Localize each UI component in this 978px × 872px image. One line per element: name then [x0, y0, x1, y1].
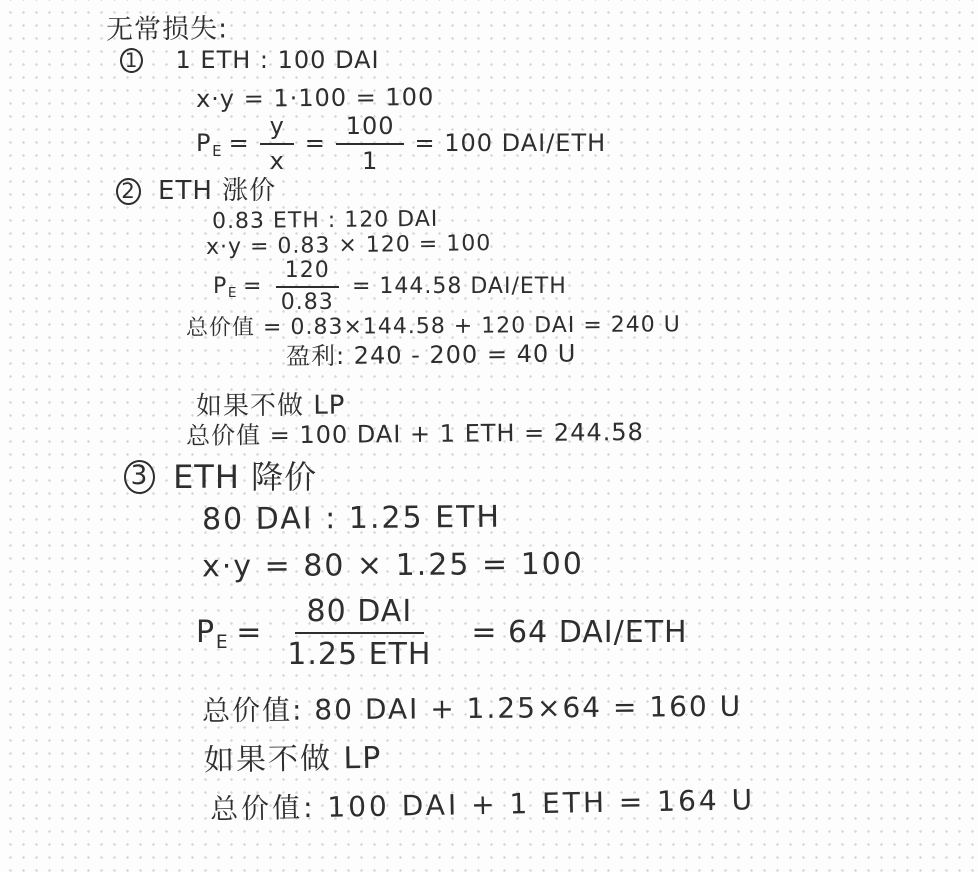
equals-sign: = — [305, 129, 326, 158]
product-equation: x·y = 80 × 1.25 = 100 — [202, 547, 584, 586]
section-2-product-line: x·y = 0.83 × 120 = 100 — [206, 231, 492, 261]
fraction-denominator: 1 — [352, 145, 387, 176]
title-text: 无常损失: — [106, 13, 228, 47]
note-title: 无常损失: — [106, 13, 228, 47]
handwritten-note-page: 无常损失: 1 1 ETH : 100 DAI x·y = 1·100 = 10… — [0, 0, 978, 872]
pe-subscript: E — [216, 632, 229, 653]
pe-subscript: E — [212, 142, 222, 160]
section-3-ratio-line: 80 DAI : 1.25 ETH — [202, 500, 501, 539]
fraction-100-over-1: 100 1 — [336, 112, 404, 175]
fraction-120-over-083: 120 0.83 — [272, 258, 343, 316]
section-1-product-line: x·y = 1·100 = 100 — [196, 83, 435, 114]
equals-sign: = — [243, 274, 262, 300]
section-1-header-row: 1 1 ETH : 100 DAI — [120, 46, 380, 75]
fraction-numerator: y — [260, 112, 294, 145]
equals-sign: = — [229, 129, 250, 158]
fraction-numerator: 100 — [336, 112, 404, 145]
fraction-numerator: 120 — [276, 258, 339, 288]
fraction-denominator: 0.83 — [272, 288, 343, 316]
no-lp-total-equation: 总价值 = 100 DAI + 1 ETH = 244.58 — [186, 418, 644, 451]
section-3-price-formula: PE = 80 DAI 1.25 ETH = 64 DAI/ETH — [196, 594, 688, 673]
equals-sign: = — [236, 615, 262, 651]
profit-equation: 盈利: 240 - 200 = 40 U — [286, 339, 577, 371]
fraction-y-over-x: y x — [260, 112, 294, 175]
total-value-equation: 总价值: 80 DAI + 1.25×64 = 160 U — [202, 690, 742, 728]
section-2-price-formula: PE = 120 0.83 = 144.58 DAI/ETH — [213, 258, 567, 316]
section-3-heading: ETH 降价 — [173, 458, 317, 496]
section-3-no-lp-total-line: 总价值: 100 DAI + 1 ETH = 164 U — [210, 783, 756, 826]
section-2-heading: ETH 涨价 — [158, 176, 276, 207]
pe-symbol: PE — [196, 129, 222, 158]
section-2-profit-line: 盈利: 240 - 200 = 40 U — [286, 339, 577, 371]
section-1-price-formula: PE = y x = 100 1 = 100 DAI/ETH — [196, 112, 606, 175]
pe-symbol: PE — [196, 615, 228, 651]
section-2-header-row: 2 ETH 涨价 — [116, 176, 276, 207]
no-lp-text: 如果不做 LP — [204, 741, 383, 779]
section-3-product-line: x·y = 80 × 1.25 = 100 — [202, 547, 584, 586]
section-2-no-lp-total-line: 总价值 = 100 DAI + 1 ETH = 244.58 — [186, 418, 644, 451]
pe-letter: P — [196, 129, 211, 157]
pe-symbol: PE — [213, 274, 237, 300]
product-equation: x·y = 1·100 = 100 — [196, 83, 435, 114]
formula-result: = 64 DAI/ETH — [471, 615, 687, 651]
formula-result: = 144.58 DAI/ETH — [352, 274, 567, 300]
pe-letter: P — [213, 274, 227, 299]
fraction-denominator: x — [260, 145, 294, 176]
section-2-total-value-line: 总价值 = 0.83×144.58 + 120 DAI = 240 U — [186, 312, 681, 342]
section-3-header-row: 3 ETH 降价 — [124, 458, 317, 496]
section-3-ratio: 80 DAI : 1.25 ETH — [202, 500, 501, 539]
section-2-no-lp-line: 如果不做 LP — [196, 390, 346, 422]
no-lp-total-equation: 总价值: 100 DAI + 1 ETH = 164 U — [210, 783, 756, 826]
product-equation: x·y = 0.83 × 120 = 100 — [206, 231, 492, 261]
circled-number-1: 1 — [120, 48, 143, 74]
no-lp-text: 如果不做 LP — [196, 390, 346, 422]
formula-result: = 100 DAI/ETH — [414, 129, 606, 158]
total-value-equation: 总价值 = 0.83×144.58 + 120 DAI = 240 U — [186, 312, 681, 342]
circled-number-2: 2 — [116, 178, 141, 206]
fraction-numerator: 80 DAI — [295, 594, 425, 634]
section-3-total-value-line: 总价值: 80 DAI + 1.25×64 = 160 U — [202, 690, 742, 728]
fraction-denominator: 1.25 ETH — [275, 634, 443, 672]
pe-subscript: E — [228, 285, 238, 301]
section-1-ratio: 1 ETH : 100 DAI — [176, 46, 380, 75]
circled-number-3: 3 — [124, 460, 155, 494]
section-3-no-lp-line: 如果不做 LP — [204, 741, 383, 779]
pe-letter: P — [196, 615, 215, 650]
fraction-80dai-over-125eth: 80 DAI 1.25 ETH — [275, 594, 443, 673]
